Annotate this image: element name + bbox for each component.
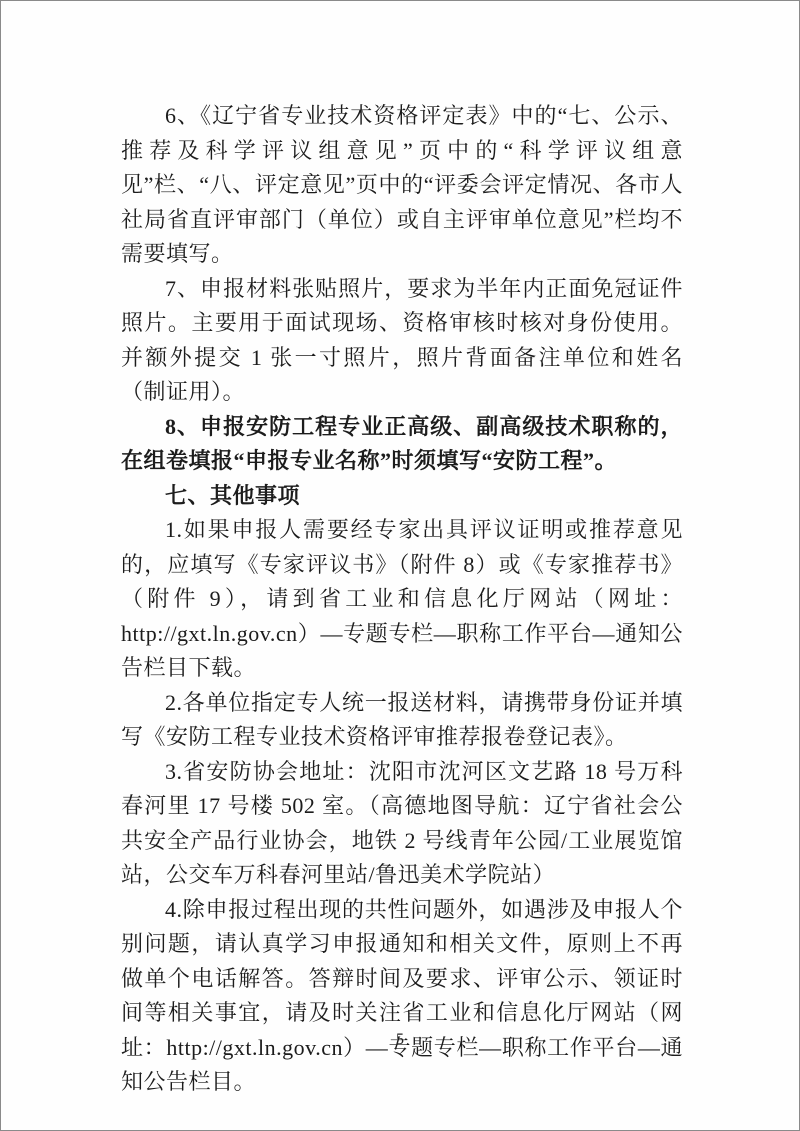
paragraph-other-2: 2.各单位指定专人统一报送材料，请携带身份证并填写《安防工程专业技术资格评审推荐… <box>121 686 683 755</box>
paragraph-other-3: 3.省安防协会地址：沈阳市沈河区文艺路 18 号万科春河里 17 号楼 502 … <box>121 755 683 893</box>
paragraph-item-7: 7、申报材料张贴照片，要求为半年内正面免冠证件照片。主要用于面试现场、资格审核时… <box>121 272 683 410</box>
paragraph-item-8: 8、申报安防工程专业正高级、副高级技术职称的，在组卷填报“申报专业名称”时须填写… <box>121 410 683 479</box>
paragraph-other-4: 4.除申报过程出现的共性问题外，如遇涉及申报人个别问题，请认真学习申报通知和相关… <box>121 893 683 1100</box>
page-number: 5 <box>1 1031 799 1049</box>
paragraph-item-6: 6、《辽宁省专业技术资格评定表》中的“七、公示、推荐及科学评议组意见”页中的“科… <box>121 99 683 272</box>
document-body: 6、《辽宁省专业技术资格评定表》中的“七、公示、推荐及科学评议组意见”页中的“科… <box>121 99 683 1100</box>
document-page: 6、《辽宁省专业技术资格评定表》中的“七、公示、推荐及科学评议组意见”页中的“科… <box>0 0 800 1131</box>
section-heading-other-matters: 七、其他事项 <box>121 479 683 514</box>
paragraph-other-1: 1.如果申报人需要经专家出具评议证明或推荐意见的，应填写《专家评议书》（附件 8… <box>121 513 683 686</box>
